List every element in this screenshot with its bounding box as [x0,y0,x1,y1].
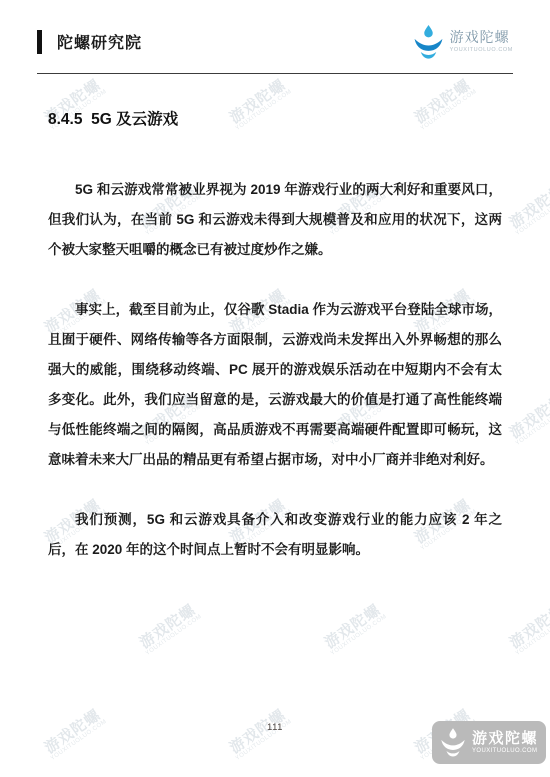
paragraph-1: 5G 和云游戏常常被业界视为 2019 年游戏行业的两大利好和重要风口，但我们认… [48,175,502,265]
report-page: 游戏陀螺YOUXITUOLUO.COM游戏陀螺YOUXITUOLUO.COM游戏… [0,0,550,777]
spinning-top-icon [440,728,466,757]
institute-title-block: 陀螺研究院 [37,30,142,54]
document-body: 8.4.5 5G 及云游戏 5G 和云游戏常常被业界视为 2019 年游戏行业的… [48,107,502,565]
brand-logo-name: 游戏陀螺 [450,30,513,45]
paragraph-2: 事实上，截至目前为止，仅谷歌 Stadia 作为云游戏平台登陆全球市场，且囿于硬… [48,295,502,475]
footer-badge-domain: YOUXITUOLUO.COM [472,748,538,754]
page-header: 陀螺研究院 游戏陀螺 YOUXITUOLUO.COM [37,0,513,74]
footer-badge-text-block: 游戏陀螺 YOUXITUOLUO.COM [472,731,538,754]
brand-logo-text-block: 游戏陀螺 YOUXITUOLUO.COM [450,30,513,52]
footer-badge-name: 游戏陀螺 [472,731,538,747]
watermark-text: 游戏陀螺YOUXITUOLUO.COM [134,598,203,657]
title-accent-bar [37,30,42,54]
footer-brand-badge: 游戏陀螺 YOUXITUOLUO.COM [432,721,546,764]
section-heading: 8.4.5 5G 及云游戏 [48,107,502,129]
paragraph-3: 我们预测，5G 和云游戏具备介入和改变游戏行业的能力应该 2 年之后，在 202… [48,505,502,565]
brand-logo: 游戏陀螺 YOUXITUOLUO.COM [413,25,513,59]
institute-title: 陀螺研究院 [57,30,142,53]
brand-logo-domain: YOUXITUOLUO.COM [450,47,513,53]
spinning-top-icon [413,25,444,59]
watermark-text: 游戏陀螺YOUXITUOLUO.COM [319,598,388,657]
watermark-text: 游戏陀螺YOUXITUOLUO.COM [504,598,550,657]
